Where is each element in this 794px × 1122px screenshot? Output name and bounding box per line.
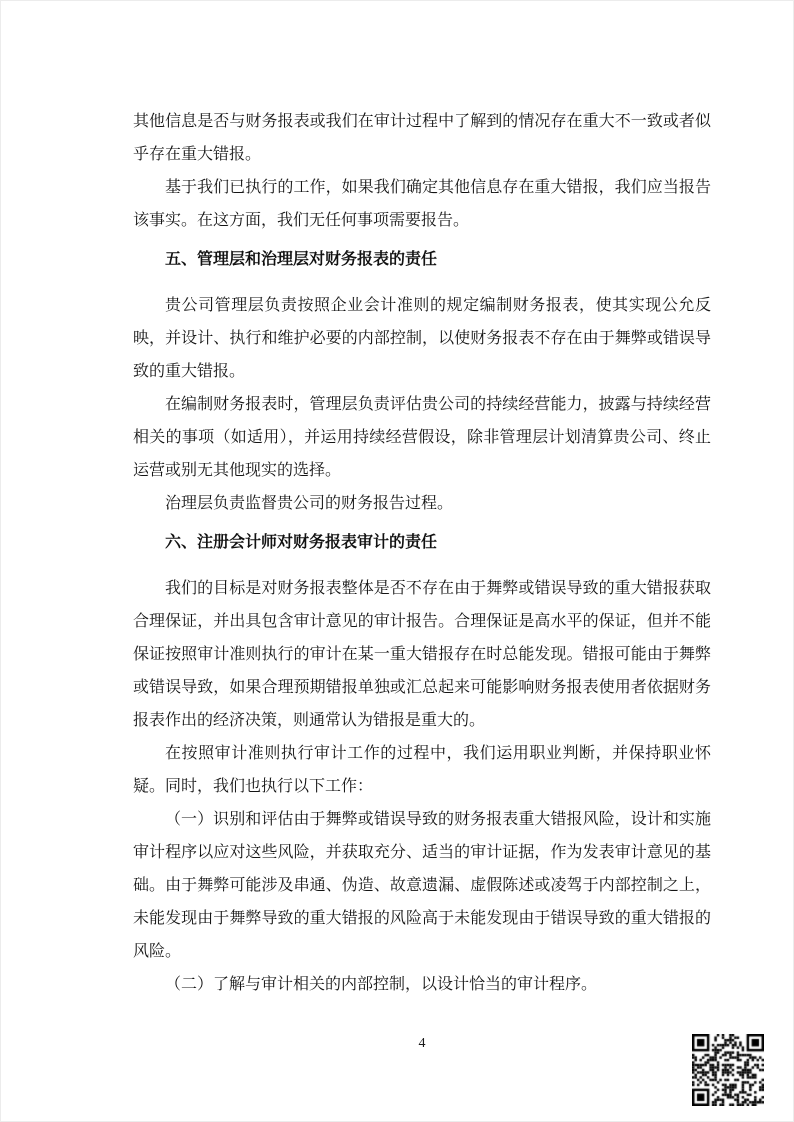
page-footer: 4 — [133, 1034, 711, 1054]
body-paragraph: （一）识别和评估由于舞弊或错误导致的财务报表重大错报风险，设计和实施审计程序以应… — [133, 803, 711, 968]
section-heading: 六、注册会计师对财务报表审计的责任 — [133, 526, 711, 559]
body-paragraph: 贵公司管理层负责按照企业会计准则的规定编制财务报表，使其实现公允反映，并设计、执… — [133, 289, 711, 388]
body-paragraph: 我们的目标是对财务报表整体是否不存在由于舞弊或错误导致的重大错报获取合理保证，并… — [133, 572, 711, 737]
qr-code-icon — [692, 1034, 764, 1106]
body-paragraph: 在按照审计准则执行审计工作的过程中，我们运用职业判断，并保持职业怀疑。同时，我们… — [133, 737, 711, 803]
body-paragraph: （二）了解与审计相关的内部控制，以设计恰当的审计程序。 — [133, 968, 711, 1001]
document-body: 其他信息是否与财务报表或我们在审计过程中了解到的情况存在重大不一致或者似乎存在重… — [133, 105, 711, 1001]
body-paragraph: 其他信息是否与财务报表或我们在审计过程中了解到的情况存在重大不一致或者似乎存在重… — [133, 105, 711, 171]
body-paragraph: 基于我们已执行的工作，如果我们确定其他信息存在重大错报，我们应当报告该事实。在这… — [133, 171, 711, 237]
page-number: 4 — [419, 1036, 426, 1051]
section-heading: 五、管理层和治理层对财务报表的责任 — [133, 243, 711, 276]
document-page: 其他信息是否与财务报表或我们在审计过程中了解到的情况存在重大不一致或者似乎存在重… — [0, 0, 794, 1122]
body-paragraph: 治理层负责监督贵公司的财务报告过程。 — [133, 487, 711, 520]
body-paragraph: 在编制财务报表时，管理层负责评估贵公司的持续经营能力，披露与持续经营相关的事项（… — [133, 388, 711, 487]
